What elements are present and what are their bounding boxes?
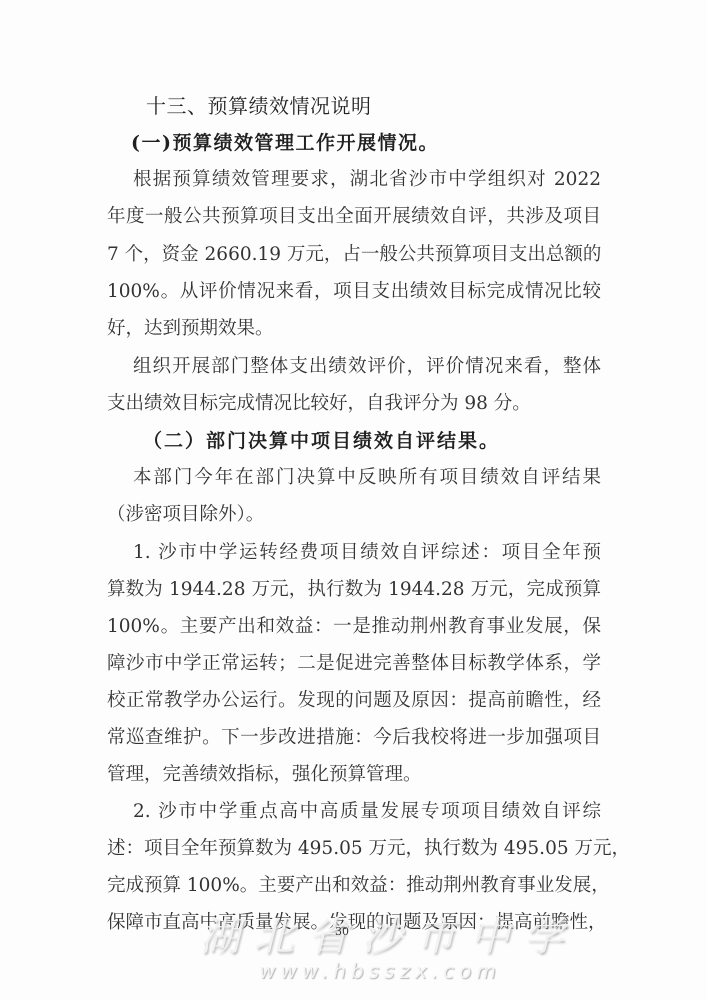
text-line: 年度一般公共预算项目支出全面开展绩效自评，共涉及项目 xyxy=(107,202,601,232)
watermark-title: 湖北省沙市中学 xyxy=(200,915,560,959)
text-line: 好，达到预期效果。 xyxy=(107,314,601,344)
section-title: 十三、预算绩效情况说明 xyxy=(146,91,372,121)
text-line: 7 个，资金 2660.19 万元，占一般公共预算项目支出总额的 xyxy=(107,240,601,270)
watermark: 湖北省沙市中学 www.hbsszx.com xyxy=(200,915,560,995)
text-line: 校正常教学办公运行。发现的问题及原因：提高前瞻性，经 xyxy=(107,686,601,716)
text-line: 本部门今年在部门决算中反映所有项目绩效自评结果 xyxy=(133,463,601,493)
text-line: 根据预算绩效管理要求，湖北省沙市中学组织对 2022 xyxy=(133,165,601,195)
text-line: 述：项目全年预算数为 495.05 万元，执行数为 495.05 万元， xyxy=(107,834,601,864)
text-line: 支出绩效目标完成情况比较好，自我评分为 98 分。 xyxy=(107,389,601,419)
text-line: （涉密项目除外）。 xyxy=(107,500,601,530)
text-line: 2. 沙市中学重点高中高质量发展专项项目绩效自评综 xyxy=(133,797,601,827)
text-line: 1. 沙市中学运转经费项目绩效自评综述：项目全年预 xyxy=(133,538,601,568)
subsection-2-title: （二）部门决算中项目绩效自评结果。 xyxy=(143,426,500,456)
text-line: 管理，完善绩效指标，强化预算管理。 xyxy=(107,760,601,790)
document-page: 十三、预算绩效情况说明 (一)预算绩效管理工作开展情况。 根据预算绩效管理要求，… xyxy=(0,0,707,1000)
text-line: 完成预算 100%。主要产出和效益：推动荆州教育事业发展， xyxy=(107,871,601,901)
watermark-url: www.hbsszx.com xyxy=(200,959,560,983)
text-line: 100%。从评价情况来看，项目支出绩效目标完成情况比较 xyxy=(107,277,601,307)
text-line: 障沙市中学正常运转；二是促进完善整体目标教学体系，学 xyxy=(107,649,601,679)
text-line: 常巡查维护。下一步改进措施：今后我校将进一步加强项目 xyxy=(107,723,601,753)
page-number: 30 xyxy=(335,925,349,938)
text-line: 100%。主要产出和效益：一是推动荆州教育事业发展，保 xyxy=(107,612,601,642)
text-line: 算数为 1944.28 万元，执行数为 1944.28 万元，完成预算 xyxy=(107,575,601,605)
text-line: 组织开展部门整体支出绩效评价，评价情况来看，整体 xyxy=(133,352,601,382)
subsection-1-title: (一)预算绩效管理工作开展情况。 xyxy=(131,128,439,158)
